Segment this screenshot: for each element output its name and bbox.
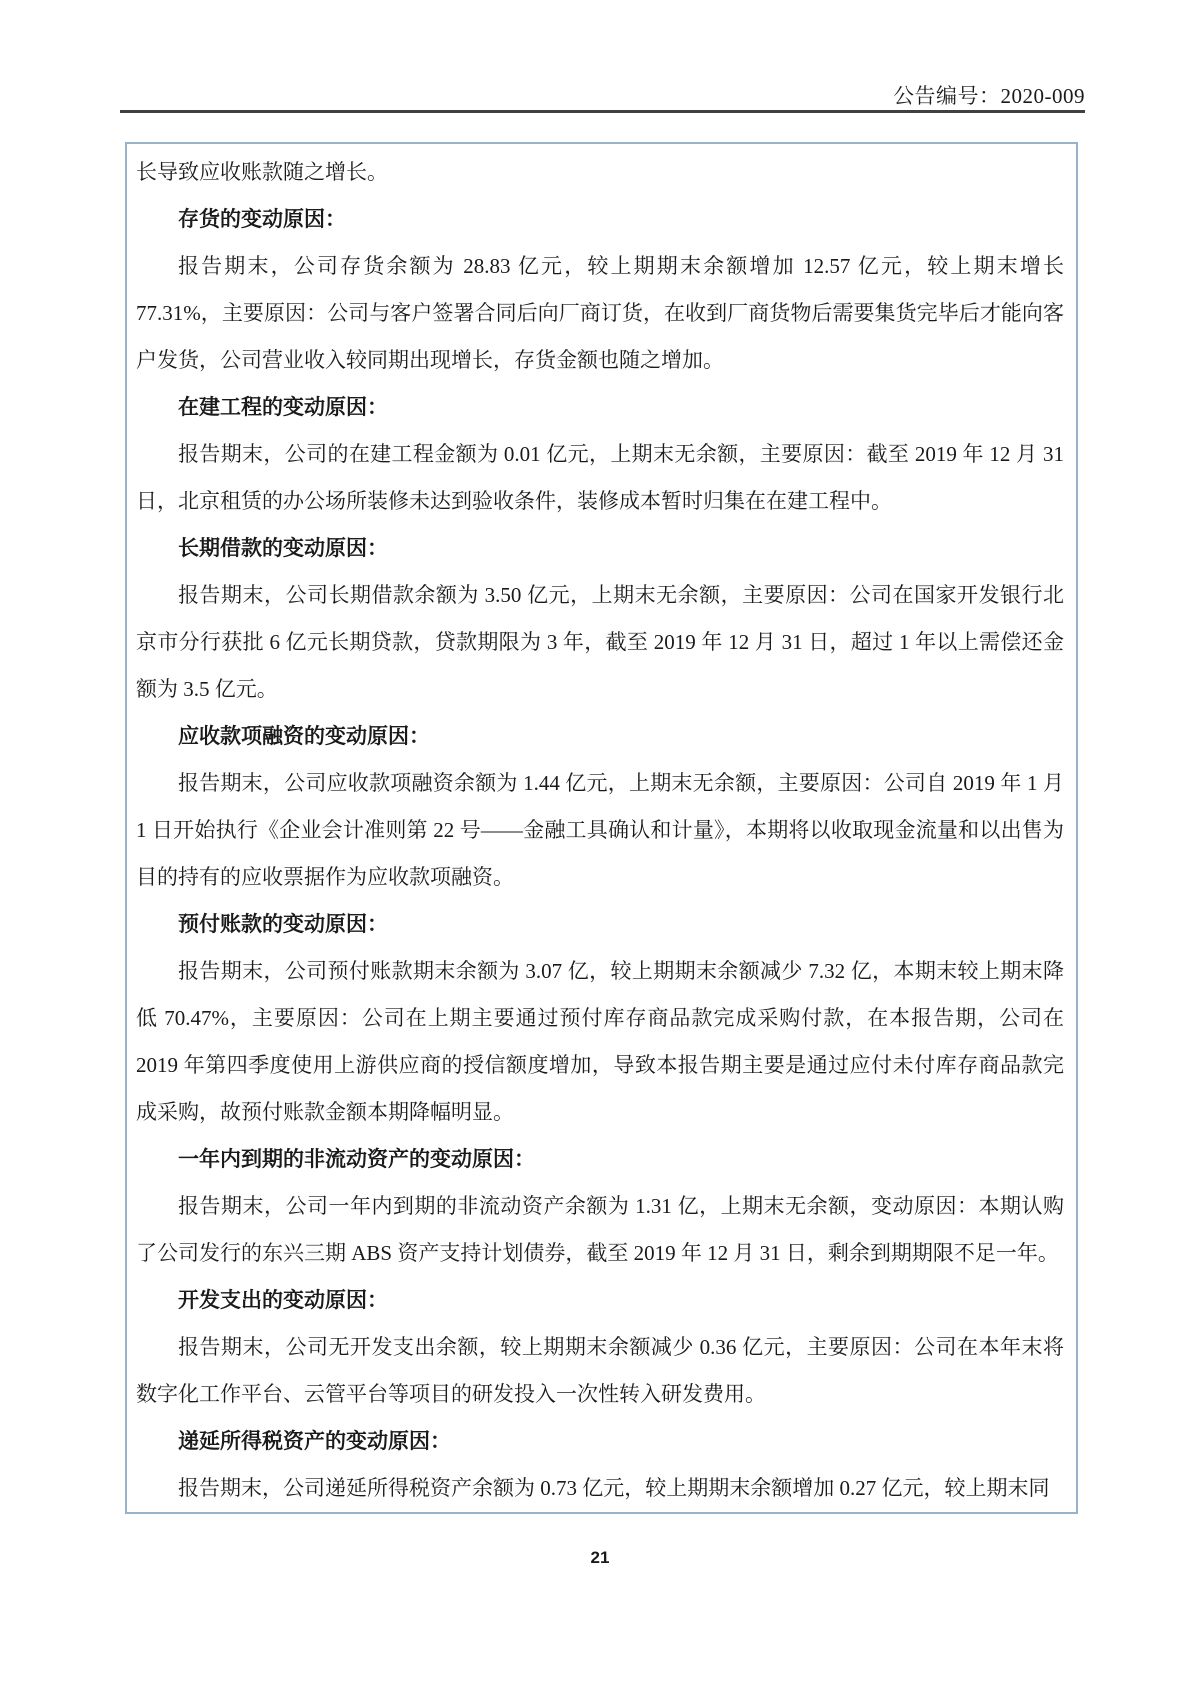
body-paragraph: 报告期末，公司预付账款期末余额为 3.07 亿，较上期期末余额减少 7.32 亿… [136, 948, 1064, 1136]
section-heading: 预付账款的变动原因： [136, 901, 1064, 948]
section-heading: 在建工程的变动原因： [136, 384, 1064, 431]
body-paragraph: 报告期末，公司无开发支出余额，较上期期末余额减少 0.36 亿元，主要原因：公司… [136, 1324, 1064, 1418]
page-number: 21 [591, 1548, 610, 1567]
header-divider [120, 110, 1085, 113]
body-paragraph: 报告期末，公司应收款项融资余额为 1.44 亿元，上期末无余额，主要原因：公司自… [136, 760, 1064, 901]
body-paragraph: 长导致应收账款随之增长。 [136, 149, 1064, 196]
section-heading: 长期借款的变动原因： [136, 525, 1064, 572]
section-heading: 一年内到期的非流动资产的变动原因： [136, 1136, 1064, 1183]
body-paragraph: 报告期末，公司递延所得税资产余额为 0.73 亿元，较上期期末余额增加 0.27… [136, 1465, 1064, 1512]
body-paragraph: 报告期末，公司存货余额为 28.83 亿元，较上期期末余额增加 12.57 亿元… [136, 243, 1064, 384]
body-paragraph: 报告期末，公司长期借款余额为 3.50 亿元，上期末无余额，主要原因：公司在国家… [136, 572, 1064, 713]
section-heading: 存货的变动原因： [136, 196, 1064, 243]
body-paragraph: 报告期末，公司的在建工程金额为 0.01 亿元，上期末无余额，主要原因：截至 2… [136, 431, 1064, 525]
announcement-number: 公告编号：2020-009 [893, 80, 1085, 110]
page-footer: 21 [0, 1548, 1200, 1568]
section-heading: 开发支出的变动原因： [136, 1277, 1064, 1324]
section-heading: 应收款项融资的变动原因： [136, 713, 1064, 760]
content-border-box: 长导致应收账款随之增长。存货的变动原因：报告期末，公司存货余额为 28.83 亿… [125, 142, 1078, 1514]
body-paragraph: 报告期末，公司一年内到期的非流动资产余额为 1.31 亿，上期末无余额，变动原因… [136, 1183, 1064, 1277]
section-heading: 递延所得税资产的变动原因： [136, 1418, 1064, 1465]
